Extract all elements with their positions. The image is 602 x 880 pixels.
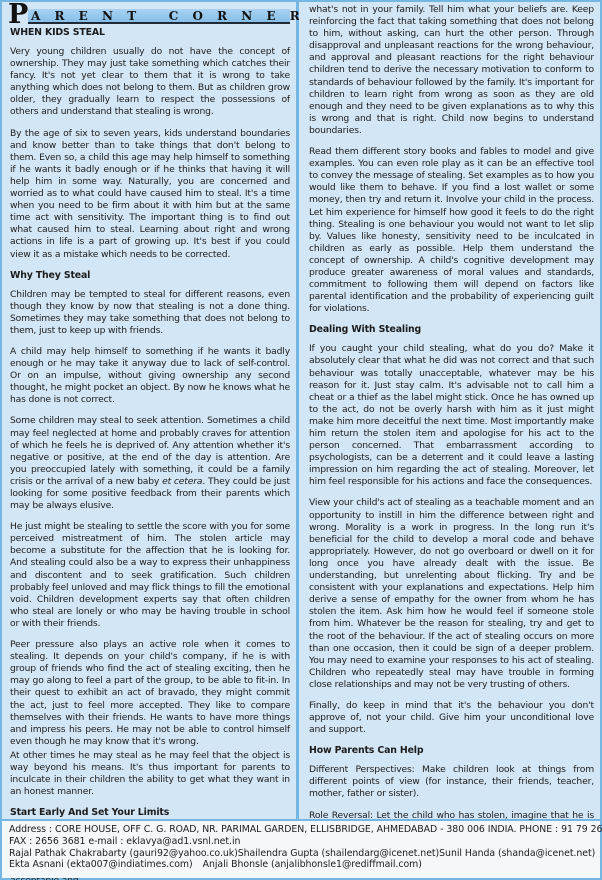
footer-address-line: Address : CORE HOUSE, OFF C. G. ROAD, NR… (9, 824, 594, 836)
paragraph: He just might be stealing to settle the … (10, 521, 290, 630)
paragraph: View your child's act of stealing as a t… (309, 497, 594, 691)
footer-contacts-line-1: Rajal Pathak Chakrabarty (gauri92@yahoo.… (9, 848, 594, 860)
address-text: Address : CORE HOUSE, OFF C. G. ROAD, NR… (9, 824, 602, 836)
right-column: what's not in your family. Tell him what… (299, 2, 600, 819)
paragraph: what's not in your family. Tell him what… (309, 4, 594, 137)
italic-term: et cetera (162, 476, 202, 487)
contact-entry: Ekta Asnani (ekta007@indiatimes.com) (9, 859, 193, 871)
footer-contacts-line-2: Ekta Asnani (ekta007@indiatimes.com) Anj… (9, 859, 594, 871)
footer-fax-email-line: FAX : 2656 3681 e-mail : eklavya@ad1.vsn… (9, 836, 594, 848)
masthead: P ARENT CORNER (10, 4, 290, 26)
masthead-initial: P (8, 1, 28, 29)
newsletter-page: P ARENT CORNER WHEN KIDS STEAL Very youn… (0, 0, 602, 880)
article-title: WHEN KIDS STEAL (10, 27, 290, 39)
contact-entry: Sunil Handa (shanda@icenet.net) (439, 848, 595, 860)
contact-entry: Rajal Pathak Chakrabarty (gauri92@yahoo.… (9, 848, 238, 860)
paragraph: Some children may steal to seek attentio… (10, 415, 290, 512)
paragraph: By the age of six to seven years, kids u… (10, 128, 290, 261)
footer-contact-info: Address : CORE HOUSE, OFF C. G. ROAD, NR… (2, 821, 600, 878)
paragraph: Peer pressure also plays an active role … (10, 639, 290, 748)
section-heading-start-early: Start Early And Set Your Limits (10, 807, 290, 819)
section-heading-why-they-steal: Why They Steal (10, 270, 290, 282)
paragraph: Very young children usually do not have … (10, 46, 290, 119)
paragraph: Finally, do keep in mind that it's the b… (309, 700, 594, 736)
paragraph: Children may be tempted to steal for dif… (10, 289, 290, 337)
paragraph: If you caught your child stealing, what … (309, 343, 594, 488)
paragraph: A child may help himself to something if… (10, 346, 290, 406)
left-column: P ARENT CORNER WHEN KIDS STEAL Very youn… (2, 2, 296, 819)
paragraph: Different Perspectives: Make children lo… (309, 764, 594, 800)
section-heading-dealing-with-stealing: Dealing With Stealing (309, 324, 594, 336)
section-heading-how-parents-can-help: How Parents Can Help (309, 745, 594, 757)
contact-entry: Anjali Bhonsle (anjalibhonsle1@rediffmai… (203, 859, 422, 871)
paragraph: At other times he may steal as he may fe… (10, 750, 290, 798)
contact-entry: Shailendra Gupta (shailendarg@icenet.net… (238, 848, 439, 860)
masthead-title-bar: ARENT CORNER (28, 9, 290, 24)
fax-email-text: FAX : 2656 3681 e-mail : eklavya@ad1.vsn… (9, 836, 240, 848)
paragraph: Read them different story books and fabl… (309, 146, 594, 315)
